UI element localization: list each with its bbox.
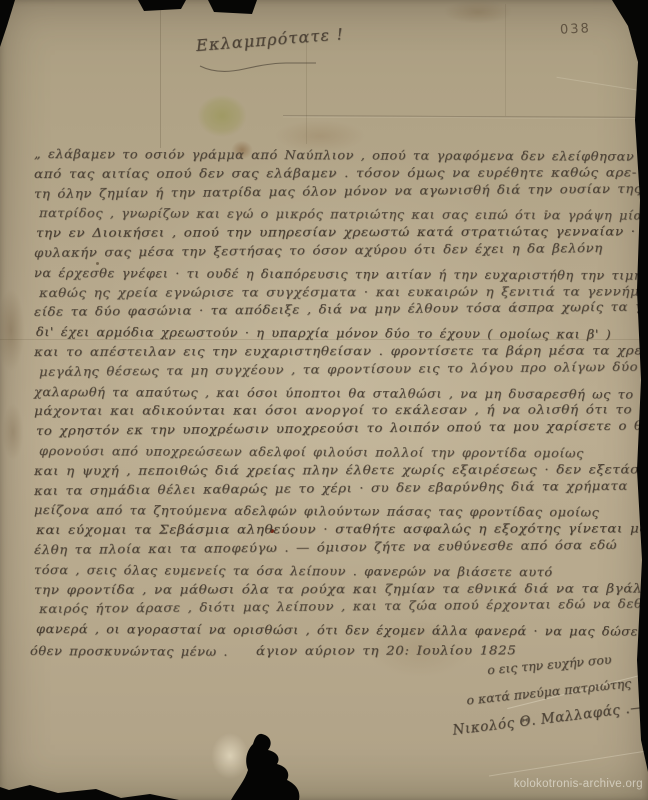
- archive-page-number: 038: [560, 21, 592, 38]
- manuscript-line-6: φυλακήν σας μέσα την ξεστήσας το όσον αχ…: [34, 237, 648, 262]
- manuscript-line-9: είδε τα δύο φασώνια · τα απόδειξε , διά …: [34, 297, 648, 322]
- dateline-text: άγιον αύριον τη 20: Ιουλίου 1825: [256, 640, 517, 660]
- salutation-underline: [192, 52, 352, 74]
- watermark-label: kolokotronis-archive.org: [514, 778, 643, 790]
- signoff-text: όθεν προσκυνώντας μένω .: [30, 641, 228, 662]
- scanned-letter-photo: 038 Εκλαμπρότατε ! „ ελάβαμεν το οσιόν γ…: [0, 0, 648, 800]
- manuscript-line-25: φανερά , οι αγορασταί να ορισθώσι , ότι …: [36, 619, 648, 641]
- manuscript-body: „ ελάβαμεν το οσιόν γράμμα από Ναύπλιον …: [34, 144, 634, 639]
- signoff-row: όθεν προσκυνώντας μένω . άγιον αύριον τη…: [30, 641, 497, 661]
- manuscript-line-24: καιρός ήτον άρασε , διότι μας λείπουν , …: [39, 594, 648, 619]
- manuscript-line-15: το χρηστόν εκ την υποχρέωσιν υποχρεούσι …: [36, 416, 648, 441]
